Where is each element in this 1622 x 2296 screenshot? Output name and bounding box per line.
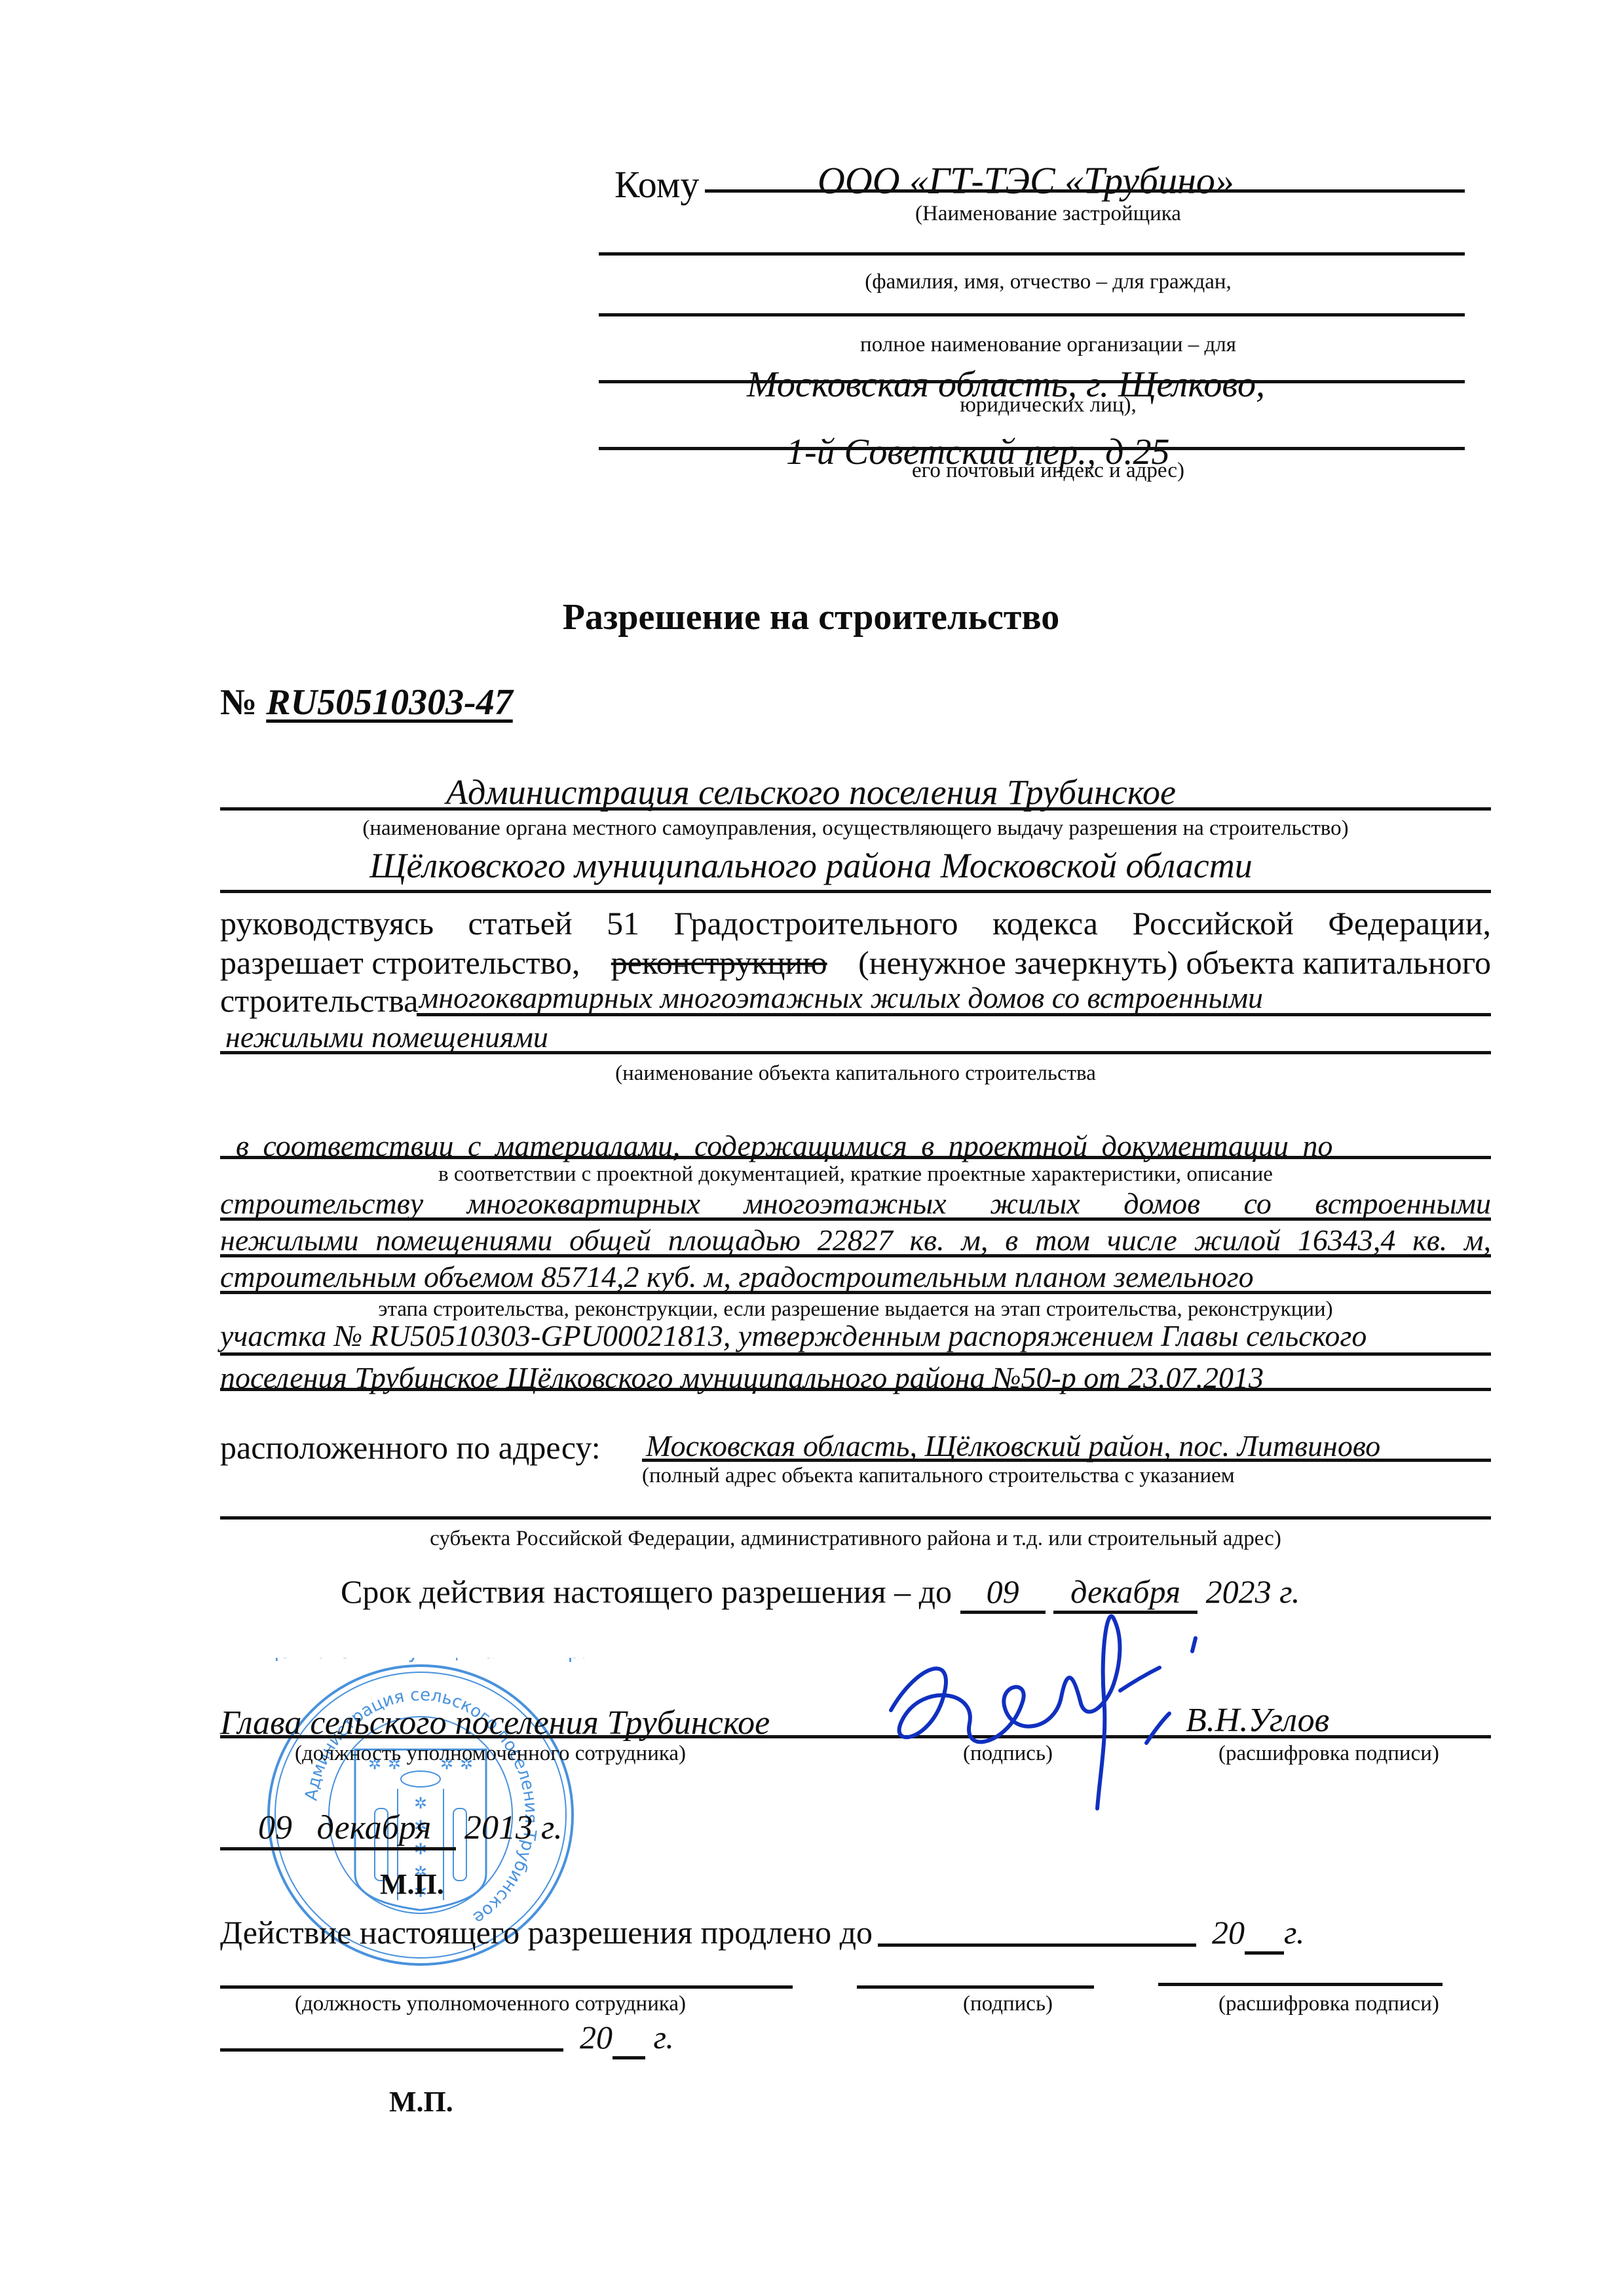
permit-number-prefix: №: [220, 682, 257, 723]
location-value-underline: [642, 1459, 1491, 1462]
caption-object: (наименование объекта капитального строи…: [220, 1062, 1491, 1086]
developer-name: ООО «ГТ-ТЭС «Трубино»: [818, 159, 1234, 202]
caption-position: (должность уполномоченного сотрудника): [295, 1742, 686, 1766]
signature-date: 09декабря 2013 г.: [220, 1808, 563, 1850]
signature-date-month: декабря: [292, 1808, 456, 1850]
desc-line-6-underline: [220, 1388, 1491, 1391]
object-line-2-underline: [220, 1051, 1491, 1054]
desc-line-1-underline: [220, 1156, 1491, 1159]
extension-name-line: [1158, 1983, 1443, 1986]
signature-date-year: 2013 г.: [464, 1809, 563, 1846]
caption-legal: юридических лиц),: [655, 393, 1441, 417]
caption-name: (расшифровка подписи): [1218, 1742, 1439, 1766]
location-line-2: [220, 1516, 1491, 1520]
validity-line: Срок действия настоящего разрешения – до…: [341, 1573, 1300, 1614]
desc-line-5: участка № RU50510303-GPU00021813, утверж…: [220, 1318, 1367, 1353]
address-line-1-underline: [599, 380, 1465, 383]
caption-desc: в соответствии с проектной документацией…: [220, 1162, 1491, 1187]
caption-developer: (Наименование застройщика: [655, 202, 1441, 226]
extension-caption-position: (должность уполномоченного сотрудника): [295, 1992, 686, 2016]
extension-label: Действие настоящего разрешения продлено …: [220, 1913, 873, 1951]
extension-date-line: [878, 1943, 1196, 1947]
body-line-1: руководствуясь статьей 51 Градостроитель…: [220, 904, 1491, 942]
struck-reconstruction: реконструкцию: [611, 944, 827, 982]
desc-line-4: строительным объемом 85714,2 куб. м, гра…: [220, 1259, 1254, 1294]
authority-line-1: Администрация сельского поселения Трубин…: [0, 772, 1622, 813]
fio-line: [599, 252, 1465, 256]
body-line-2-a: разрешает строительство,: [220, 944, 580, 982]
to-label: Кому: [614, 163, 699, 206]
extension-year-prefix: 20: [1212, 1914, 1245, 1951]
validity-label: Срок действия настоящего разрешения – до: [341, 1573, 952, 1610]
document-title: Разрешение на строительство: [0, 596, 1622, 638]
location-label: расположенного по адресу:: [220, 1428, 601, 1466]
extension-signature-line: [857, 1985, 1094, 1989]
body-line-2-b: (ненужное зачеркнуть) объекта капитально…: [858, 944, 1491, 982]
address-line-2-underline: [599, 447, 1465, 450]
extension-caption-name: (расшифровка подписи): [1218, 1992, 1439, 2016]
validity-year: 2023 г.: [1206, 1573, 1300, 1610]
extension-caption-signature: (подпись): [963, 1992, 1053, 2016]
extension-year: 20 г.: [1212, 1913, 1304, 1955]
caption-fio: (фамилия, имя, отчество – для граждан,: [655, 270, 1441, 294]
extension-signed-date-line: [220, 2048, 563, 2052]
desc-line-4-underline: [220, 1291, 1491, 1294]
validity-month: декабря: [1053, 1573, 1198, 1614]
org-line: [599, 313, 1465, 316]
caption-location-2: субъекта Российской Федерации, администр…: [220, 1527, 1491, 1551]
extension-year-suffix: г.: [1284, 1914, 1304, 1951]
body-line-2: разрешает строительство, реконструкцию (…: [220, 944, 1491, 982]
extension-position-line: [220, 1985, 793, 1989]
desc-line-3-underline: [220, 1254, 1491, 1257]
object-line-1-underline: [417, 1013, 1491, 1016]
developer-name-underline: [705, 189, 1465, 193]
extension-signed-year: 20 г.: [580, 2018, 674, 2059]
handwritten-signature: [865, 1612, 1232, 1828]
seal-label: М.П.: [380, 1867, 444, 1901]
extension-seal-label: М.П.: [389, 2085, 453, 2118]
permit-number-value: RU50510303-47: [266, 682, 512, 723]
signature-line: [220, 1735, 1491, 1738]
stamp-outer-text: Щёлковский муниципальный район Московско…: [257, 1658, 584, 1663]
desc-line-2-underline: [220, 1217, 1491, 1221]
caption-postal: его почтовый индекс и адрес): [655, 459, 1441, 483]
caption-org: полное наименование организации – для: [655, 333, 1441, 357]
validity-day: 09: [960, 1573, 1046, 1614]
authority-line-1-underline: [220, 807, 1491, 811]
authority-line-2-underline: [220, 890, 1491, 893]
signature-date-day: 09: [220, 1808, 292, 1850]
desc-line-3: нежилыми помещениями общей площадью 2282…: [220, 1223, 1491, 1257]
extension-signed-year-prefix: 20: [580, 2019, 613, 2056]
permit-number: № RU50510303-47: [220, 681, 513, 723]
object-line-1: многоквартирных многоэтажных жилых домов…: [419, 980, 1263, 1015]
object-line-2: нежилыми помещениями: [225, 1020, 548, 1054]
caption-authority: (наименование органа местного самоуправл…: [220, 816, 1491, 841]
authority-line-2: Щёлковского муниципального района Москов…: [0, 845, 1622, 886]
desc-line-2: строительству многоквартирных многоэтажн…: [220, 1186, 1491, 1221]
caption-location-1: (полный адрес объекта капитального строи…: [642, 1464, 1235, 1488]
extension-signed-year-suffix: г.: [654, 2019, 674, 2056]
desc-line-5-underline: [220, 1352, 1491, 1356]
body-line-3-label: строительства: [220, 982, 418, 1020]
